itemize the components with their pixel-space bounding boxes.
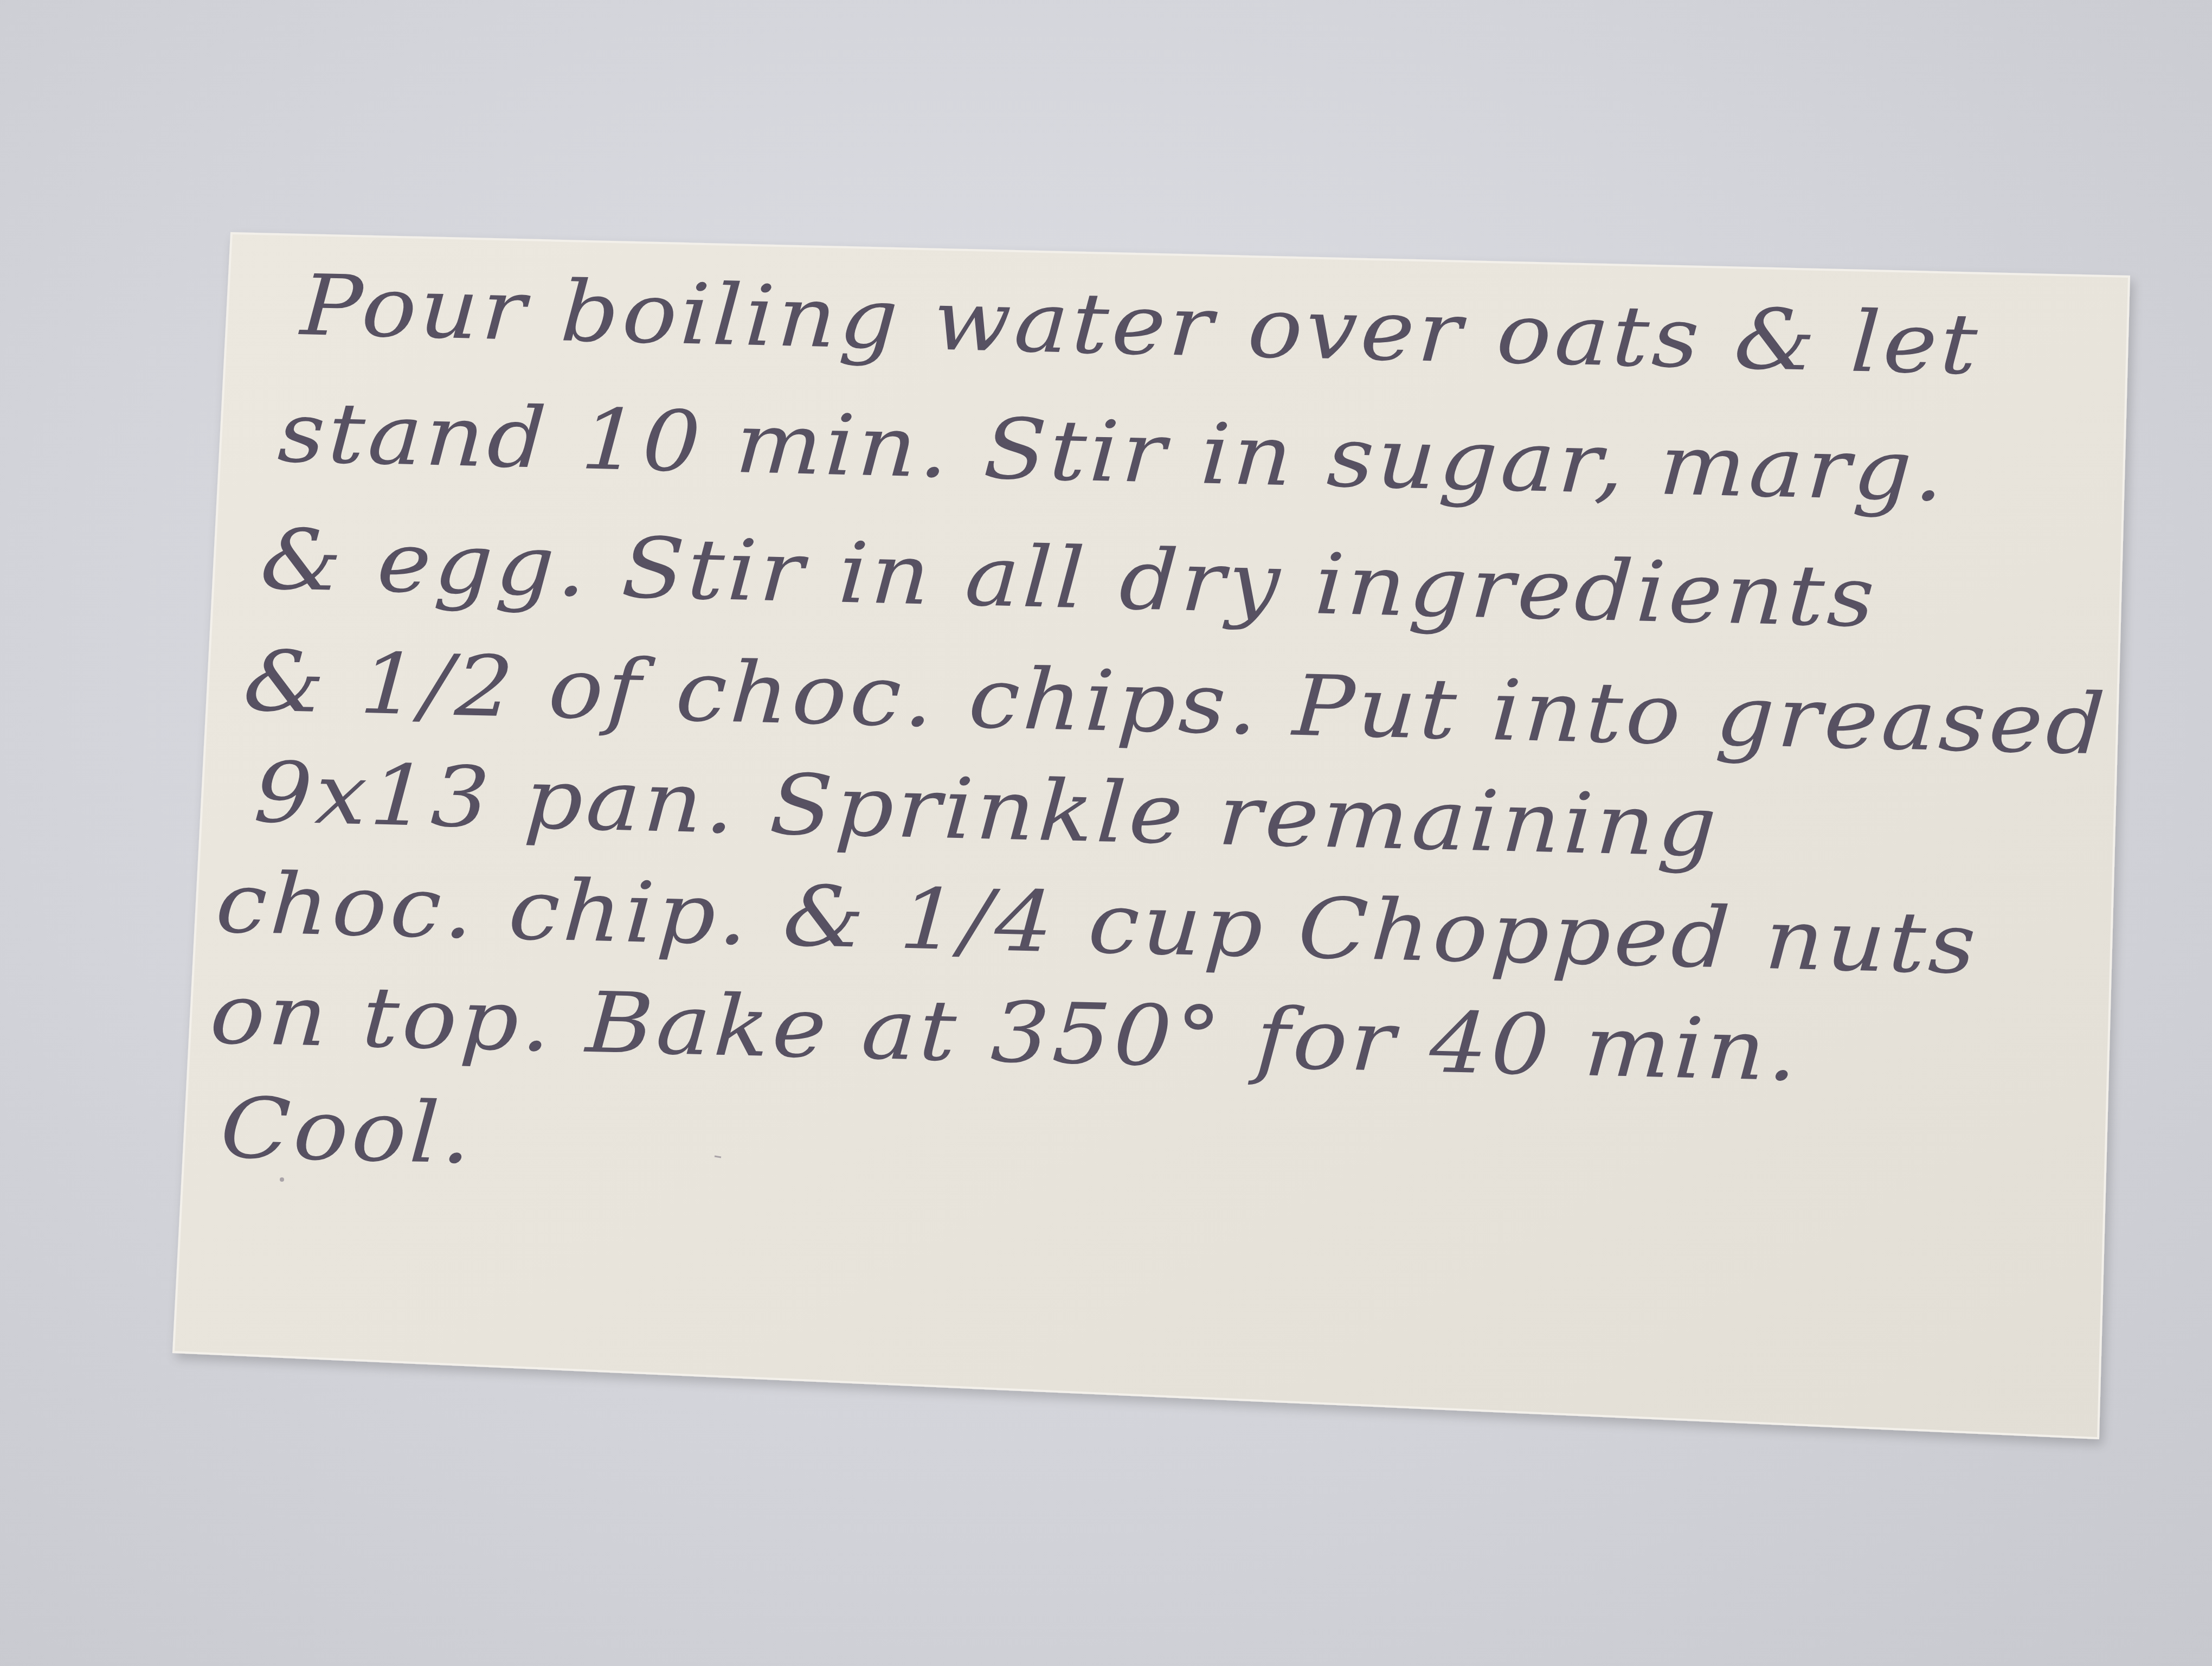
photo-scene: Pour boiling water over oats & let stand… xyxy=(0,0,2212,1666)
card-mark xyxy=(715,1156,721,1157)
recipe-line-8: Cool. xyxy=(218,1086,477,1175)
